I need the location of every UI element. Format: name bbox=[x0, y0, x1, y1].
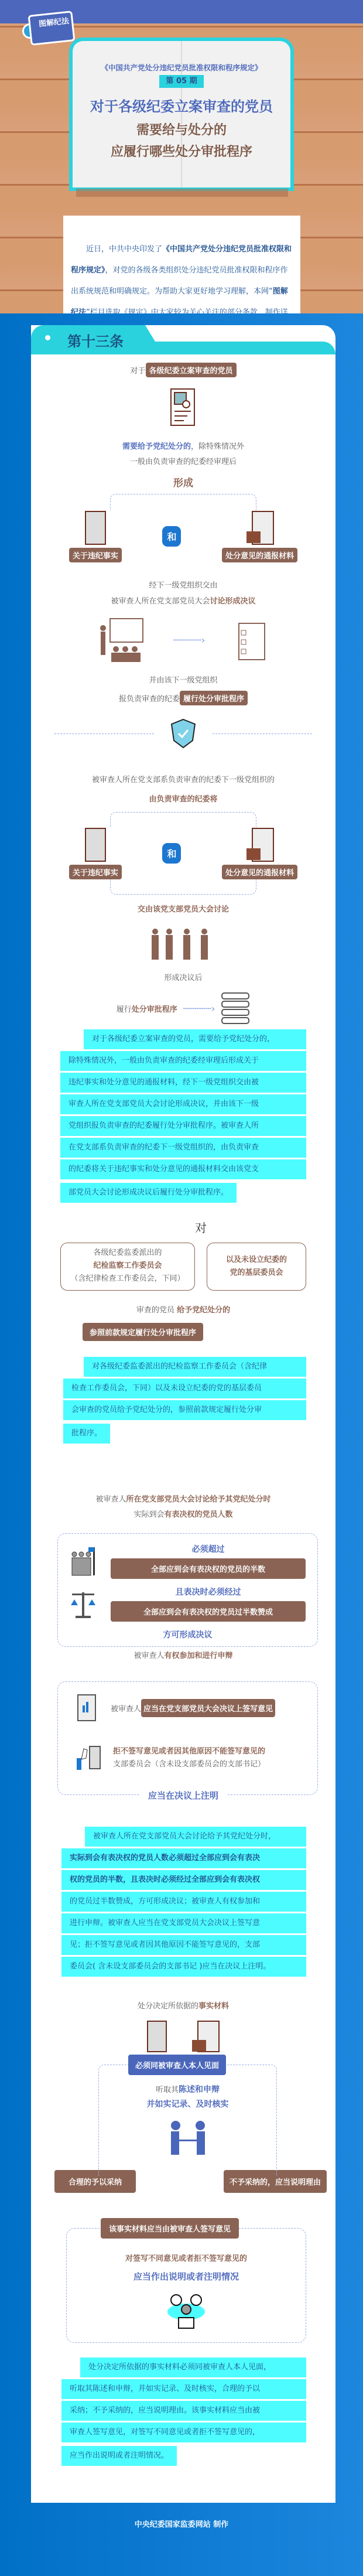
hl-line: 的党员过半数赞成，方可形成决议；被审查人有权参加和 bbox=[61, 1892, 306, 1912]
hl-line: 权的党员的半数，且表决时必须经过全部应到会有表决权 bbox=[61, 1870, 306, 1890]
s2-right-pill: 处分意见的通报材料 bbox=[222, 865, 297, 879]
s4-l2b: 有表决权的党员人数 bbox=[165, 1510, 233, 1519]
section-1: 对于各级纪委立案审查的党员 需要给予党纪处分的，除特殊情况外一般由负责审查的纪委… bbox=[31, 354, 335, 750]
column-badge: 图解纪法 bbox=[28, 11, 75, 46]
article-title: 第十三条 bbox=[67, 330, 124, 350]
section-4: 被审查人所在党支部党员大会讨论给予其党纪处分时实际到会有表决权的党员人数 必须超… bbox=[31, 1445, 335, 1660]
box1c: （含纪律检查工作委员会，下同） bbox=[64, 1272, 191, 1285]
hl-line: 除特殊情况外，一般由负责审查的纪委经审理后形成关于 bbox=[60, 1051, 306, 1071]
materials-icon bbox=[245, 827, 275, 862]
s6-basisb: 事实材料 bbox=[198, 2002, 229, 2011]
title-line-3: 应履行哪些处分审批程序 bbox=[73, 142, 290, 160]
hl-line: 部党员大会讨论形成决议后履行处分审批程序。 bbox=[60, 1183, 237, 1203]
s4-l1b: 所在党支部党员大会讨论给予其党纪处分时 bbox=[126, 1495, 271, 1504]
and-badge: 和 bbox=[162, 843, 181, 864]
hl-line: 对各级纪委监委派出的纪检监察工作委员会（含纪律 bbox=[84, 1357, 306, 1377]
s5-refuse2: 支部委员会（含未设支部委员会的支部书记） bbox=[113, 1758, 265, 1771]
team-flag-icon bbox=[70, 1546, 97, 1577]
section-5: 被审查人应当在党支部党员大会决议上签写意见 拒不签写意见或者因其他原因不能签写意… bbox=[31, 1660, 335, 1977]
s2-proc: 履行 bbox=[117, 1005, 132, 1014]
main-title: 对于各级纪委立案审查的党员 bbox=[73, 95, 290, 115]
s6-rec: 并如实记录、及时核实 bbox=[147, 2100, 229, 2109]
vote-box: 必须超过全部应到会有表决权的党员的半数 且表决时必须经过全部应到会有表决权的党员… bbox=[57, 1533, 318, 1647]
hl-line: 会审查的党员给予党纪处分的，参照前款规定履行处分审 bbox=[63, 1400, 306, 1420]
s5-note: 应当在决议上注明 bbox=[139, 1789, 227, 1802]
s6-hearb: 陈述和申辩 bbox=[179, 2085, 220, 2094]
hl-line: 进行申辩。被审查人应当在党支部党员大会决议上签写意 bbox=[61, 1913, 306, 1933]
footer-credit: 中央纪委国家监委网站 制作 bbox=[0, 2503, 363, 2558]
s3-dui: 对 bbox=[31, 1219, 335, 1236]
highlight-paragraph-3: 被审查人所在党支部党员大会讨论给予其党纪处分时， 实际到会有表决权的党员人数必须… bbox=[31, 1802, 335, 1977]
hl-line: 检查工作委员会，下同）以及未设立纪委的党的基层委员 bbox=[63, 1379, 306, 1398]
hl-line: 在党支部系负责审查的纪委下一级党组织的，由负责审查 bbox=[60, 1138, 306, 1158]
report-icon bbox=[146, 2020, 167, 2053]
s5-sign: 被审查人 bbox=[111, 1705, 141, 1714]
people-feedback-icon bbox=[166, 2292, 207, 2331]
report-icon bbox=[84, 827, 107, 862]
s4-right: 被审查人 bbox=[133, 1652, 164, 1660]
sign-opinion-box: 该事实材料应当由被审查人签写意见 对签写不同意见或者拒不签写意见的 应当作出说明… bbox=[66, 2228, 306, 2343]
materials-icon bbox=[245, 510, 275, 545]
hl-line: 委员会( 含未设支部委员会的支部书记 )应当在决议上注明。 bbox=[61, 1957, 306, 1977]
highlight-paragraph-4: 处分决定所依据的事实材料必须同被审查人本人见面， 听取其陈述和申辩，并如实记录、… bbox=[31, 2343, 335, 2503]
hl-line: 实际到会有表决权的党员人数必须超过全部应到会有表决 bbox=[61, 1848, 306, 1868]
hl-line: 见；拒不签写意见或者因其他原因不能签写意见的，支部 bbox=[61, 1935, 306, 1955]
materials-icon bbox=[191, 2020, 220, 2053]
s6-basis: 处分决定所依据的 bbox=[138, 2002, 198, 2011]
s6-sign-pill: 该事实材料应当由被审查人签写意见 bbox=[101, 2218, 239, 2239]
s4-l2a: 实际到会 bbox=[133, 1510, 164, 1519]
s4-and: 且表决时必须经过 bbox=[111, 1586, 306, 1598]
bullet-icon bbox=[45, 335, 50, 340]
box-grassroots: 以及未设立纪委的党的基层委员会 bbox=[207, 1243, 306, 1291]
s4-p1: 全部应到会有表决权的党员的半数 bbox=[111, 1558, 306, 1579]
hl-line: 批程序。 bbox=[63, 1424, 110, 1444]
s1-meet: 被审查人所在党支部党员大会 bbox=[111, 597, 210, 606]
interview-icon bbox=[162, 2120, 214, 2157]
s4-p2: 全部应到会有表决权的党员过半数赞成 bbox=[111, 1601, 306, 1622]
s6-diff: 对签写不同意见或者拒不签写意见的 bbox=[67, 2252, 306, 2263]
s4-then: 方可形成决议 bbox=[70, 1629, 306, 1640]
hl-line: 对于各级纪委立案审查的党员，需要给予党纪处分的， bbox=[84, 1029, 306, 1049]
highlight-paragraph-1: 对于各级纪委立案审查的党员，需要给予党纪处分的， 除特殊情况外，一般由负责审查的… bbox=[31, 1029, 335, 1205]
s3-mem: 审查的党员 bbox=[136, 1306, 177, 1315]
s1-pre: 对于 bbox=[130, 367, 145, 376]
section-3: 对 各级纪委监委派出的纪检监察工作委员会（含纪律检查工作委员会，下同） 以及未设… bbox=[31, 1205, 335, 1445]
s6-hear: 听取其 bbox=[156, 2086, 179, 2094]
hl-line: 党组织报负责审查的纪委履行处分审批程序。被审查人所 bbox=[60, 1116, 306, 1136]
meet-frame: 必须同被审查人本人见面 听取其陈述和申辩并如实记录、及时核实 bbox=[98, 2065, 277, 2176]
shield-check-icon bbox=[166, 717, 201, 750]
section-6: 处分决定所依据的事实材料 必须同被审查人本人见面 听取其陈述和申辩并如实记录、及… bbox=[31, 1978, 335, 2503]
s3-pill: 参照前款规定履行处分审批程序 bbox=[83, 1323, 203, 1341]
s2-l2: 由负责审查的纪委将 bbox=[31, 793, 335, 804]
s2-left-pill: 关于违纪事实 bbox=[69, 865, 122, 879]
title-line-2: 需要给与处分的 bbox=[73, 120, 290, 138]
hl-line: 审查人签写意见，对签写不同意见或者拒不签写意见的， bbox=[61, 2423, 306, 2442]
section-2: 被审查人所在党支部系负责审查的纪委下一级党组织的 由负责审查的纪委将 关于违纪事… bbox=[31, 762, 335, 1205]
s1-l1: ，除特殊情况外 bbox=[191, 442, 244, 451]
sign-box: 被审查人应当在党支部党员大会决议上签写意见 拒不签写意见或者因其他原因不能签写意… bbox=[57, 1681, 318, 1795]
s5-sign-pill: 应当在党支部党员大会决议上签写意见 bbox=[141, 1699, 275, 1717]
s2-l1: 被审查人所在党支部系负责审查的纪委下一级党组织的 bbox=[31, 773, 335, 784]
s1-l2: 一般由负责审查的纪委经审理后 bbox=[130, 458, 237, 466]
box1b: 纪检监察工作委员会 bbox=[64, 1260, 191, 1272]
s1-form: 形成 bbox=[31, 475, 335, 489]
main-section: 第十三条 对于各级纪委立案审查的党员 需要给予党纪处分的，除特殊情况外一般由负责… bbox=[0, 313, 363, 2576]
report-icon bbox=[84, 510, 107, 545]
issue-ribbon: 第 05 期 bbox=[159, 75, 204, 88]
hl-line: 处分决定所依据的事实材料必须同被审查人本人见面， bbox=[80, 2357, 306, 2377]
intro-p1: 近日，中共中央印发了 bbox=[71, 245, 162, 254]
hl-line: 被审查人所在党支部党员大会讨论给予其党纪处分时， bbox=[85, 1827, 306, 1847]
hl-line: 的纪委将关于违纪事实和处分意见的通报材料交由该党支 bbox=[60, 1159, 306, 1179]
s1-via: 经下一级党组织交由 bbox=[31, 579, 335, 590]
highlight-paragraph-2: 对各级纪委监委派出的纪检监察工作委员会（含纪律 检查工作委员会，下同）以及未设立… bbox=[31, 1341, 335, 1445]
box2a: 以及未设立纪委的 bbox=[211, 1254, 302, 1267]
s4-must: 必须超过 bbox=[111, 1543, 306, 1555]
infographic-page: 图解纪法 《中国共产党处分违纪党员批准权限和程序规定》 第 05 期 对于各级纪… bbox=[0, 0, 363, 2576]
s1-meetb: 讨论形成决议 bbox=[210, 597, 256, 606]
s4-rightb: 有权参加和进行申辩 bbox=[165, 1652, 233, 1660]
s1-pill: 各级纪委立案审查的党员 bbox=[146, 363, 237, 377]
s1-rep: 报负责审查的纪委 bbox=[119, 695, 180, 704]
thumbs-document-icon bbox=[76, 1745, 101, 1771]
box-work-committee: 各级纪委监委派出的纪检监察工作委员会（含纪律检查工作委员会，下同） bbox=[60, 1243, 195, 1291]
hl-line: 应当作出说明或者注明情况。 bbox=[61, 2446, 177, 2466]
s6-diffb: 应当作出说明或者注明情况 bbox=[67, 2270, 306, 2282]
s4-l1a: 被审查人 bbox=[95, 1495, 126, 1504]
s1-right-pill: 处分意见的通报材料 bbox=[222, 548, 297, 562]
s6-meet-pill: 必须同被审查人本人见面 bbox=[128, 2055, 226, 2075]
s3-memb: 给予党纪处分的 bbox=[177, 1306, 230, 1315]
hl-line: 听取其陈述和申辩，并如实记录、及时核实，合理的予以 bbox=[61, 2379, 306, 2399]
article-card: 第十三条 对于各级纪委立案审查的党员 需要给予党纪处分的，除特殊情况外一般由负责… bbox=[31, 325, 335, 2503]
presentation-icon bbox=[97, 617, 144, 662]
s2-procb: 处分审批程序 bbox=[132, 1005, 177, 1014]
document-icon bbox=[170, 388, 197, 427]
s1-l1b: 需要给予党纪处分的 bbox=[122, 442, 191, 451]
regulation-title: 《中国共产党处分违纪党员批准权限和程序规定》 bbox=[73, 62, 290, 73]
s5-refuse: 拒不签写意见或者因其他原因不能签写意见的 bbox=[113, 1745, 265, 1758]
box2b: 党的基层委员会 bbox=[211, 1267, 302, 1280]
article-tab: 第十三条 bbox=[31, 325, 335, 354]
clipboard-icon bbox=[234, 617, 269, 662]
hl-line: 采纳；不予采纳的，应当说明理由。该事实材料应当由被 bbox=[61, 2401, 306, 2421]
s1-rep-pill: 履行处分审批程序 bbox=[180, 691, 248, 705]
server-stack-icon bbox=[221, 992, 250, 1025]
chart-document-icon bbox=[76, 1694, 99, 1722]
s1-and2: 并由该下一级党组织 bbox=[31, 674, 335, 685]
and-badge: 和 bbox=[162, 526, 181, 547]
hl-line: 违纪事实和处分意见的通报材料，经下一级党组织交由被 bbox=[60, 1073, 306, 1093]
hero-header: 图解纪法 《中国共产党处分违纪党员批准权限和程序规定》 第 05 期 对于各级纪… bbox=[0, 0, 363, 313]
s2-discuss: 交由该党支部党员大会讨论 bbox=[31, 903, 335, 914]
hl-line: 审查人所在党支部党员大会讨论形成决议，并由该下一级 bbox=[60, 1094, 306, 1114]
group-discussion-icon bbox=[148, 922, 218, 961]
box1a: 各级纪委监委派出的 bbox=[64, 1247, 191, 1260]
s1-left-pill: 关于违纪事实 bbox=[69, 548, 122, 562]
book-shadow bbox=[76, 189, 288, 197]
scales-icon bbox=[70, 1589, 97, 1619]
s2-after: 形成决议后 bbox=[31, 971, 335, 982]
book-cover: 《中国共产党处分违纪党员批准权限和程序规定》 第 05 期 对于各级纪委立案审查… bbox=[73, 41, 290, 187]
